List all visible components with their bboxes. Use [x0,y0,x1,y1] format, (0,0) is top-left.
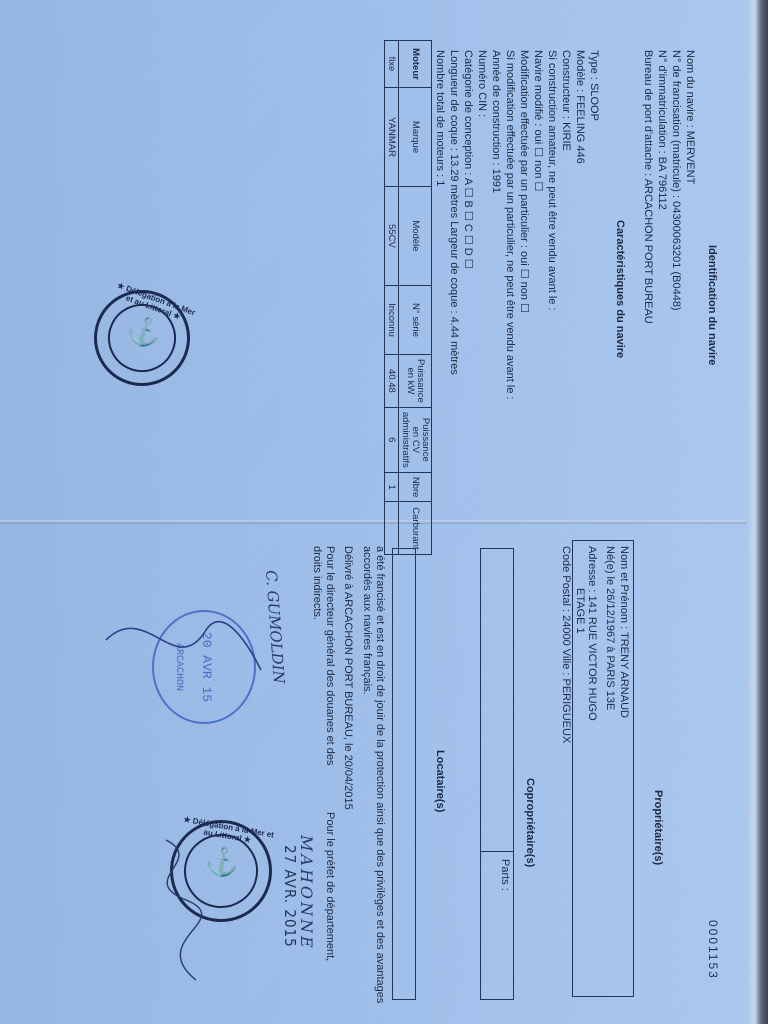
declaration-line2: accordés aux navires français. [360,546,373,695]
tenants-title: Locataire(s) [433,750,446,812]
cell-brand: YANMAR [385,88,399,187]
char-modified: Navire modifié : oui ☐ non ☐ [531,50,544,191]
parts-label: Parts : [498,859,511,891]
char-modified-by-individual: Modification effectuée par un particulie… [517,50,530,313]
declaration-line1: a été francisé et est en droit de jouir … [373,546,386,1003]
customs-signatory-line1: Pour le directeur général des douanes et… [323,546,336,766]
prefect-signatory: Pour le préfet de département, [323,812,336,961]
char-amateur-build: Si construction amateur, ne peut être ve… [545,50,558,311]
cell-power-cv: 6 [385,407,399,472]
prefect-signature-scribble [126,830,226,990]
cell-fuel [385,502,399,555]
customs-signatory-line2: droits indirects. [310,546,323,620]
char-hull-dimensions: Longueur de coque : 13.29 mètres Largeur… [447,50,460,375]
table-row: fixe YANMAR 55CV Inconnu 40.48 6 1 [385,41,399,555]
col-fuel: Carburant [399,502,432,555]
tenants-box [392,548,416,1000]
col-brand: Marque [399,88,432,187]
prefect-date: 27 AVR. 2015 [283,845,296,948]
char-model: Modèle : FEELING 446 [573,50,586,164]
col-serial: N° série [399,286,432,355]
photo-background-edge [746,0,768,1024]
owner-birth: Né(e) le 26/12/1967 à PARIS 13E [603,546,616,710]
engines-table: Moteur Marque Modèle N° série Puissance … [384,40,432,555]
owners-title: Propriétaire(s) [651,790,664,865]
owner-address: Adresse : 141 RUE VICTOR HUGO [585,546,598,721]
engines-table-header: Moteur Marque Modèle N° série Puissance … [399,41,432,555]
maritime-delegation-stamp-left: ★ Délégation à la Mer et au Littoral ★ ⚓ [80,276,203,399]
cell-power-kw: 40.48 [385,355,399,408]
char-cin-number: Numéro CIN : [475,50,488,117]
owner-name: Nom et Prénom : TRENY ARNAUD [617,546,630,718]
col-count: Nbre [399,472,432,502]
owner-postal-city: Code Postal : 24000 Ville : PERIGUEUX [559,546,572,743]
cell-model: 55CV [385,187,399,286]
francisation-number: N° de francisation (matricule) : 0430006… [669,50,682,311]
francisation-document: 0001153 Identification du navire Nom du … [0,0,746,1024]
customs-signature-scribble [96,580,266,700]
cell-engine: fixe [385,41,399,88]
prefect-signer-handwriting: MAHONNE [297,835,316,951]
co-owners-title: Copropriétaire(s) [523,778,536,867]
co-owners-box: Parts : [480,548,514,1000]
char-design-category: Catégorie de conception : A ☐ B ☐ C ☐ D … [461,50,474,269]
char-engine-count: Nombre total de moteurs : 1 [433,50,446,186]
char-builder: Constructeur : KIRIE [559,50,572,151]
registration-number: N° d'immatriculation : BA 796112 [655,50,668,210]
char-modification-sale-restriction: Si modification effectuée par un particu… [503,50,516,400]
cell-serial: Inconnu [385,286,399,355]
page-fold [0,520,746,524]
identification-title: Identification du navire [705,245,718,365]
characteristics-title: Caractéristiques du navire [613,220,626,358]
col-power-cv: Puissance en CV administratifs [399,407,432,472]
col-engine: Moteur [399,41,432,88]
issued-place-date: Délivré à ARCACHON PORT BUREAU, le 20/04… [341,546,354,810]
serial-number: 0001153 [706,920,720,980]
cell-count: 1 [385,472,399,502]
home-port-office: Bureau de port d'attache : ARCACHON PORT… [641,50,654,324]
char-build-year: Année de construction : 1991 [489,50,502,193]
owner-address-line2: ETAGE 1 [573,588,586,634]
char-type: Type : SLOOP [587,50,600,121]
col-power-kw: Puissance en kW [399,355,432,408]
col-model: Modèle [399,187,432,286]
ship-name: Nom du navire : MERVENT [683,50,696,184]
